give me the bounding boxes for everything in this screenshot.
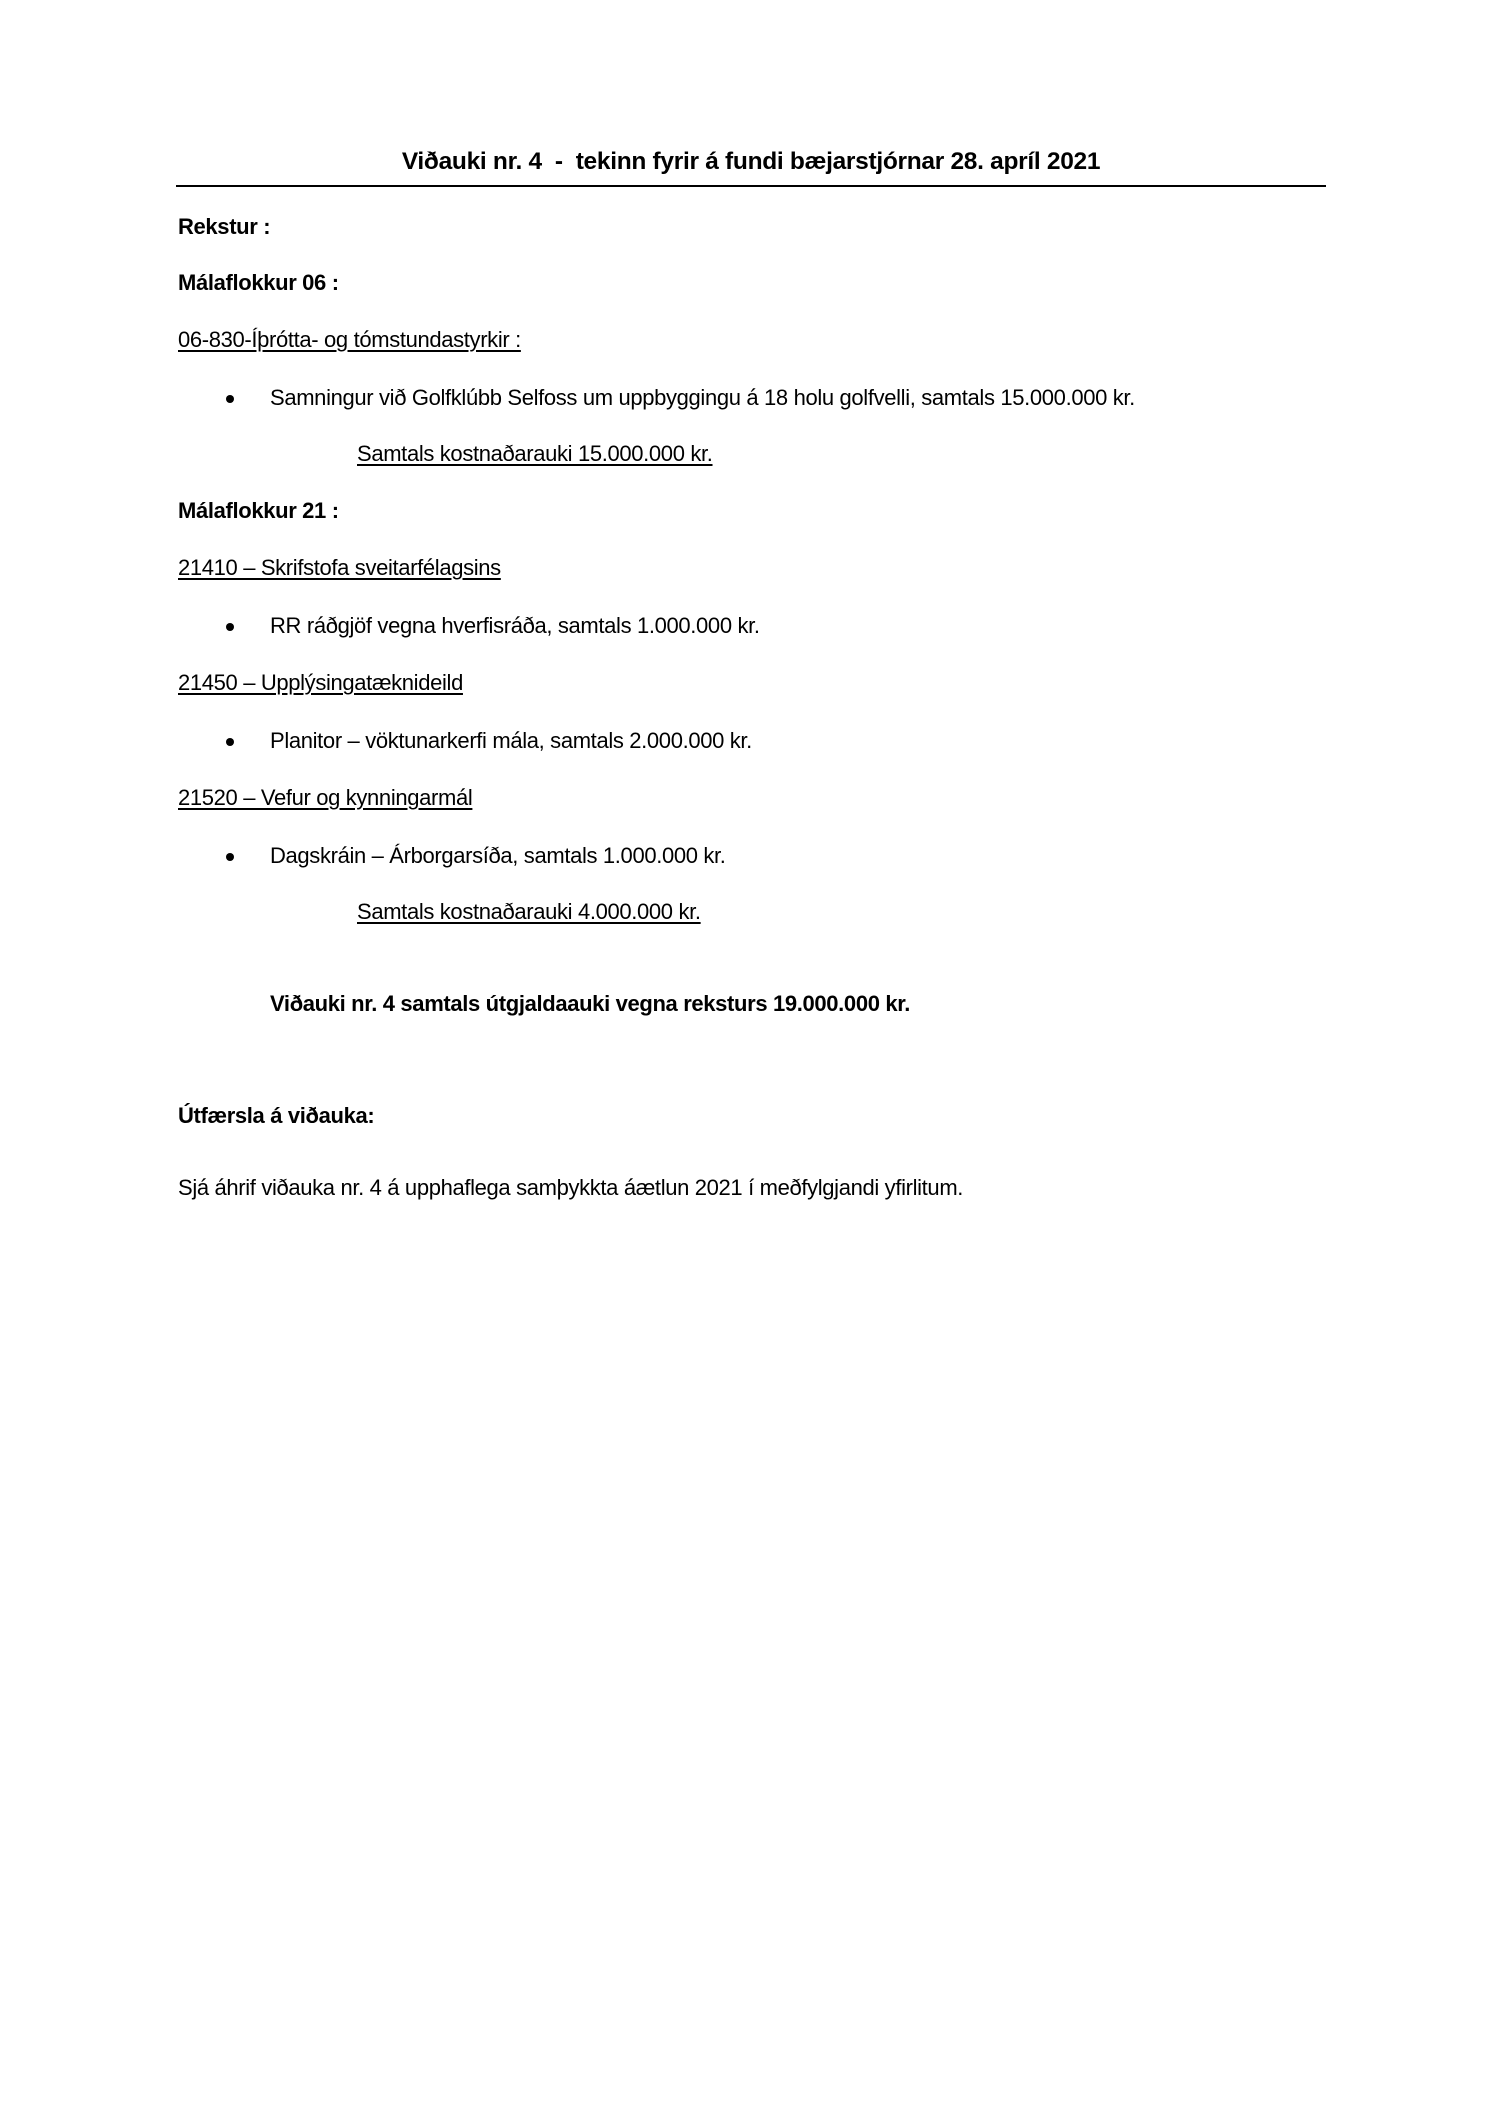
unit-21450-subheading: 21450 – Upplýsingatæknideild [178,669,463,697]
unit-21410-subheading: 21410 – Skrifstofa sveitarfélagsins [178,554,501,582]
title-divider [176,185,1326,187]
category-21-total: Samtals kostnaðarauki 4.000.000 kr. [357,898,701,926]
document-title: Viðauki nr. 4 - tekinn fyrir á fundi bæj… [176,147,1326,177]
bullet-icon [226,738,234,746]
category-06-total: Samtals kostnaðarauki 15.000.000 kr. [357,440,713,468]
category-21-heading: Málaflokkur 21 : [178,497,339,525]
unit-21520-subheading: 21520 – Vefur og kynningarmál [178,784,472,812]
elaboration-heading: Útfærsla á viðauka: [178,1102,374,1130]
list-item: Dagskráin – Árborgarsíða, samtals 1.000.… [270,842,726,870]
category-06-heading: Málaflokkur 06 : [178,269,339,297]
list-item: Planitor – vöktunarkerfi mála, samtals 2… [270,727,752,755]
bullet-icon [226,853,234,861]
document-page: Viðauki nr. 4 - tekinn fyrir á fundi bæj… [0,0,1500,2122]
elaboration-text: Sjá áhrif viðauka nr. 4 á upphaflega sam… [178,1174,963,1202]
bullet-icon [226,395,234,403]
list-item: Samningur við Golfklúbb Selfoss um uppby… [270,384,1135,412]
bullet-icon [226,623,234,631]
category-06-subheading: 06-830-Íþrótta- og tómstundastyrkir : [178,326,521,354]
section-operations-heading: Rekstur : [178,213,270,241]
summary-total: Viðauki nr. 4 samtals útgjaldaauki vegna… [270,990,910,1018]
list-item: RR ráðgjöf vegna hverfisráða, samtals 1.… [270,612,760,640]
